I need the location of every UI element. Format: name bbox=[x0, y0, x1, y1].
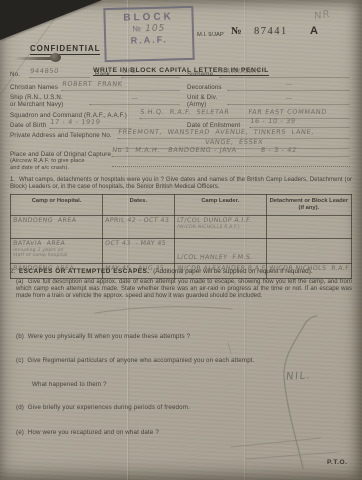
label-capture-line1: Place and Date of Original Capture bbox=[10, 151, 111, 158]
question-2a-label: (a) bbox=[16, 278, 23, 285]
stamp-raf-text: R.A.F. bbox=[106, 34, 192, 46]
field-line bbox=[112, 165, 350, 167]
value-place-date-capture: No 1 M.A.H. BANDOENG - JAVA 8 - 3 - 42 bbox=[111, 146, 350, 157]
row1-dates: APRIL 42 - OCT 43 bbox=[105, 217, 172, 225]
block-raf-stamp: BLOCK № 105 R.A.F. bbox=[103, 6, 194, 62]
row1-leader: LT/COL DUNLOP A.I.F. bbox=[176, 217, 264, 225]
value-christian-names: ROBERT FRANK bbox=[61, 80, 180, 91]
col-header-dates: Dates. bbox=[103, 195, 175, 216]
pencil-dash-line bbox=[95, 307, 232, 313]
label-surname: Surname bbox=[187, 71, 213, 78]
value-rank: CPL bbox=[121, 67, 180, 78]
label-date-of-birth: Date of Birth bbox=[10, 122, 46, 129]
pencil-tick bbox=[228, 343, 231, 353]
row1-leader-note: (W/CDR NICHOLLS R.A.F.) bbox=[176, 225, 264, 230]
question-1: 1. What camps, detachments or hospitals … bbox=[10, 176, 352, 190]
label-ship-line2: or Merchant Navy) bbox=[10, 101, 63, 108]
serial-no-symbol: № bbox=[231, 26, 242, 37]
question-2c: (c) Give Regimental particulars of anyon… bbox=[16, 357, 255, 364]
stamp-block-number: 105 bbox=[145, 24, 165, 35]
table-header-row: Camp or Hospital. Dates. Camp Leader. De… bbox=[11, 195, 352, 216]
serial-suffix: A bbox=[310, 25, 318, 37]
label-no: No. bbox=[10, 71, 20, 78]
row2-dates: OCT 43 - MAY 45 bbox=[105, 240, 172, 248]
section-2-number: 2. bbox=[10, 268, 15, 275]
question-2c-text: Give Regimental particulars of anyone wh… bbox=[27, 357, 254, 364]
question-2e: (e) How were you recaptured and on what … bbox=[16, 429, 159, 436]
question-2e-label: (e) bbox=[16, 429, 24, 436]
label-ship-line1: Ship (R.N., U.S.N. bbox=[10, 94, 63, 101]
row2-camp-note2: staff of camp hospital bbox=[13, 253, 101, 258]
label-rank: Rank bbox=[95, 71, 110, 78]
form-reference-label: M.I. 9/JAP bbox=[197, 32, 224, 38]
label-decorations: Decorations bbox=[187, 84, 222, 91]
value-date-of-enlistment: 16 - 10 - 39 bbox=[249, 117, 350, 128]
value-decorations: — bbox=[227, 80, 350, 91]
pencil-corner-note: NR bbox=[314, 8, 330, 22]
question-2e-text: How were you recaptured and on what date… bbox=[28, 429, 159, 436]
col-header-block-leader: Detachment or Block Leader (if any). bbox=[266, 195, 351, 216]
label-capture-line2: (Aircrew R.A.F. to give place bbox=[10, 158, 85, 165]
pto-note: P.T.O. bbox=[327, 459, 347, 466]
stamp-no-symbol: № bbox=[132, 24, 142, 33]
label-private-address: Private Address and Telephone No. bbox=[10, 132, 112, 139]
row2-leader: L/COL HANLEY F.M.S. bbox=[176, 254, 264, 262]
label-christian-names: Christian Names bbox=[10, 84, 58, 91]
question-1-number: 1. bbox=[10, 176, 15, 183]
value-surname: HATHAWAY bbox=[219, 67, 350, 78]
nil-answer: NIL. bbox=[286, 370, 312, 382]
folded-corner bbox=[0, 0, 102, 40]
section-2-note: (Additional paper will be supplied on re… bbox=[153, 268, 313, 275]
serial-number: 87441 bbox=[254, 26, 288, 37]
question-2a-text: Give full description and approx. date o… bbox=[16, 278, 352, 299]
pencil-stroke-2 bbox=[246, 452, 339, 459]
label-unit-line2: (Army) bbox=[187, 101, 206, 108]
question-2d: (d) Give briefly your experiences during… bbox=[16, 404, 190, 411]
question-2d-text: Give briefly your experiences during per… bbox=[28, 404, 190, 411]
table-row: BANDOENG AREA APRIL 42 - OCT 43 LT/COL D… bbox=[11, 216, 352, 239]
col-header-camp-leader: Camp Leader. bbox=[174, 195, 266, 216]
pencil-brace bbox=[284, 316, 317, 468]
value-ship: — bbox=[89, 94, 180, 105]
label-unit-line1: Unit & Div. bbox=[187, 94, 217, 101]
question-2b-label: (b) bbox=[16, 333, 24, 340]
table-row: BATAVIA AREAincluding 2 years onstaff of… bbox=[11, 239, 352, 264]
section-2-heading: 2. ESCAPES OR ATTEMPTED ESCAPES. (Additi… bbox=[10, 268, 313, 275]
camps-table: Camp or Hospital. Dates. Camp Leader. De… bbox=[10, 194, 352, 279]
what-happened-question: What happened to them ? bbox=[32, 381, 107, 388]
row2-camp: BATAVIA AREA bbox=[13, 240, 101, 248]
question-2b-text: Were you physically fit when you made th… bbox=[28, 333, 190, 340]
pow-questionnaire-form: CONFIDENTIAL BLOCK № 105 R.A.F. M.I. 9/J… bbox=[0, 0, 362, 480]
label-capture-line3: and date of a/c crash). bbox=[10, 165, 69, 172]
value-unit: — bbox=[227, 94, 350, 105]
question-2c-label: (c) bbox=[16, 357, 24, 364]
question-1-text: What camps, detachments or hospitals wer… bbox=[10, 176, 352, 190]
question-2a: (a) Give full description and approx. da… bbox=[16, 278, 352, 300]
section-2-title: ESCAPES OR ATTEMPTED ESCAPES. bbox=[19, 268, 150, 275]
confidential-stamp: CONFIDENTIAL bbox=[30, 44, 100, 55]
col-header-camp: Camp or Hospital. bbox=[11, 195, 103, 216]
question-2b: (b) Were you physically fit when you mad… bbox=[16, 333, 190, 340]
value-service-number: 944850 bbox=[29, 67, 90, 78]
row1-camp: BANDOENG AREA bbox=[13, 217, 101, 225]
stamp-block-text: BLOCK bbox=[105, 11, 191, 24]
question-2d-label: (d) bbox=[16, 404, 24, 411]
